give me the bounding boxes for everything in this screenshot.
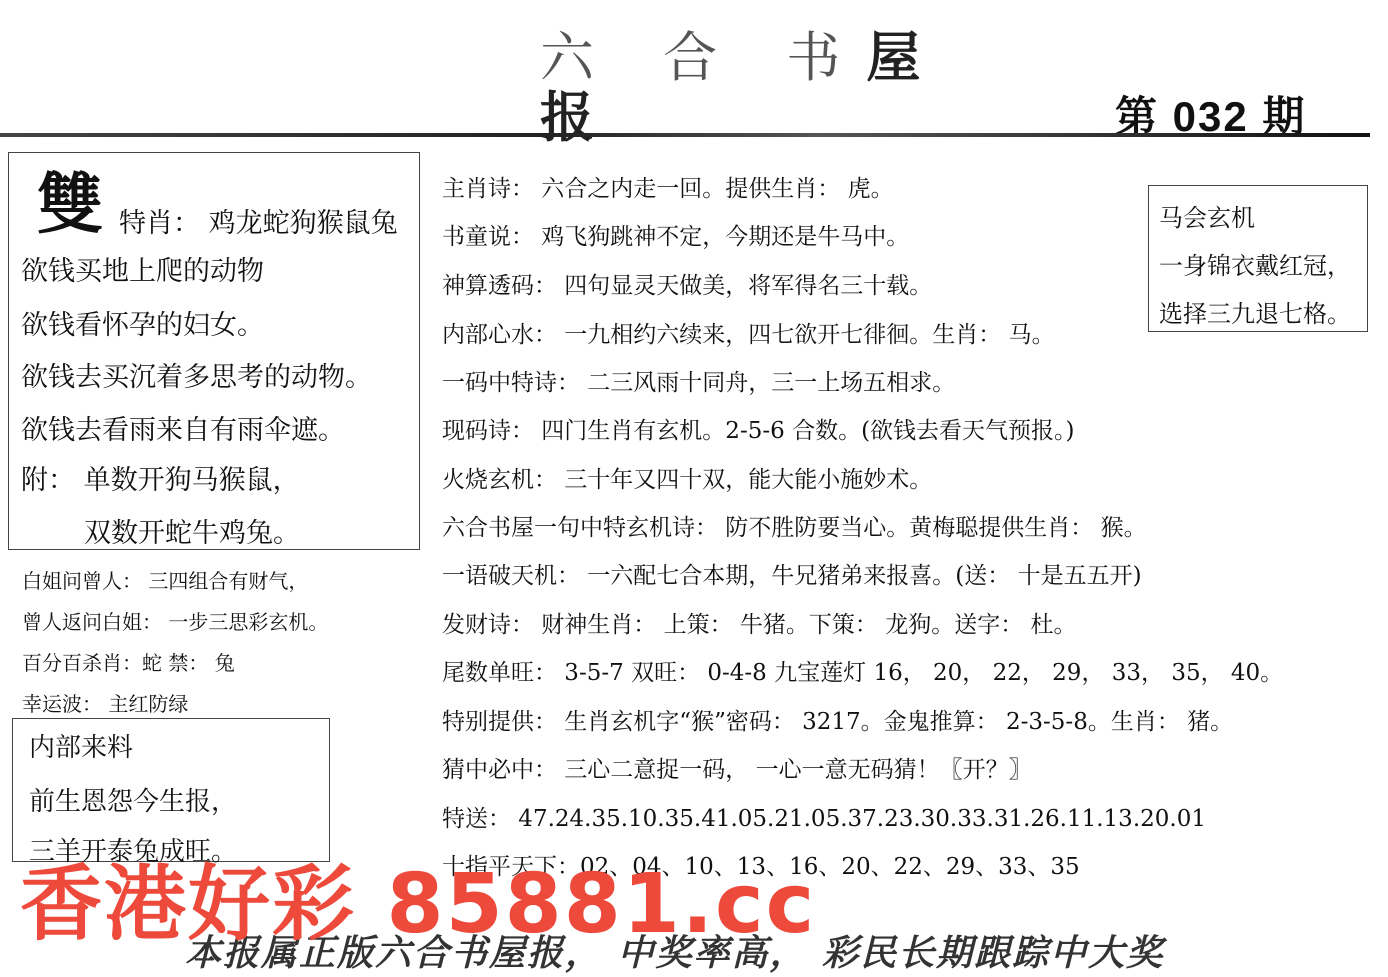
main-line: 神算透码： 四句显灵天做美，将军得名三十载。 (442, 267, 932, 300)
main-line: 特送： 47.24.35.10.35.41.05.21.05.37.23.30.… (442, 800, 1206, 833)
left-note: 白姐问曾人： 三四组合有财气， (22, 565, 308, 594)
main-line: 书童说： 鸡飞狗跳神不定，今期还是牛马中。 (442, 218, 909, 251)
big-character: 雙 (37, 151, 103, 246)
main-line: 尾数单旺： 3-5-7 双旺： 0-4-8 九宝莲灯 16， 20， 22， 2… (442, 654, 1283, 687)
main-line: 一码中特诗： 二三风雨十同舟，三一上场五相求。 (442, 364, 955, 397)
insider-box: 内部来料 前生恩怨今生报， 三羊开泰兔成旺。 (12, 718, 330, 862)
main-line: 现码诗： 四门生肖有玄机。2-5-6 合数。(欲钱去看天气预报。) (442, 412, 1075, 445)
left-note: 幸运波： 主红防绿 (22, 688, 188, 717)
left-note: 曾人返问白姐： 一步三思彩玄机。 (22, 606, 328, 635)
insider-title: 内部来料 (29, 727, 133, 764)
jockey-line: 选择三九退七格。 (1159, 294, 1351, 329)
title-light: 六 合 书 (540, 26, 866, 89)
main-line: 猜中必中： 三心二意捉一码， 一心一意无码猜！〖开？〗 (442, 751, 1032, 784)
newspaper-title: 六 合 书屋报 (540, 28, 1000, 88)
appendix-line: 附： 单数开狗马猴鼠， (21, 458, 300, 497)
insider-line: 前生恩怨今生报， (29, 781, 237, 818)
riddle-line: 欲钱去买沉着多思考的动物。 (21, 355, 372, 394)
riddle-line: 欲钱看怀孕的妇女。 (21, 303, 264, 342)
special-zodiac-line: 特肖： 鸡龙蛇狗猴鼠兔 (119, 201, 398, 240)
main-line: 发财诗： 财神生肖： 上策： 牛猪。下策： 龙狗。送字： 杜。 (442, 606, 1077, 639)
riddle-line: 欲钱买地上爬的动物 (21, 249, 264, 288)
watermark-text: 香港好彩 85881.cc (20, 855, 816, 955)
left-note: 百分百杀肖：蛇 禁： 兔 (22, 647, 235, 676)
main-line: 内部心水： 一九相约六续来，四七欲开七徘徊。生肖： 马。 (442, 316, 1055, 349)
main-line: 六合书屋一句中特玄机诗： 防不胜防要当心。黄梅聪提供生肖： 猴。 (442, 509, 1147, 542)
appendix-line: 双数开蛇牛鸡兔。 (84, 511, 300, 550)
main-line: 火烧玄机： 三十年又四十双，能大能小施妙术。 (442, 461, 932, 494)
header-divider (0, 133, 1370, 137)
jockey-line: 一身锦衣戴红冠， (1159, 246, 1351, 281)
riddle-line: 欲钱去看雨来自有雨伞遮。 (21, 408, 345, 447)
special-zodiac-box: 雙 特肖： 鸡龙蛇狗猴鼠兔 欲钱买地上爬的动物 欲钱看怀孕的妇女。 欲钱去买沉着… (8, 152, 420, 550)
jockey-club-box: 马会玄机 一身锦衣戴红冠， 选择三九退七格。 (1148, 185, 1368, 332)
jockey-title: 马会玄机 (1159, 198, 1255, 233)
main-line: 主肖诗： 六合之内走一回。提供生肖： 虎。 (442, 170, 894, 203)
main-line: 一语破天机： 一六配七合本期，牛兄猪弟来报喜。(送： 十是五五开) (442, 557, 1142, 590)
main-line: 特别提供： 生肖玄机字“猴”密码： 3217。金鬼推算： 2-3-5-8。生肖：… (442, 703, 1233, 736)
